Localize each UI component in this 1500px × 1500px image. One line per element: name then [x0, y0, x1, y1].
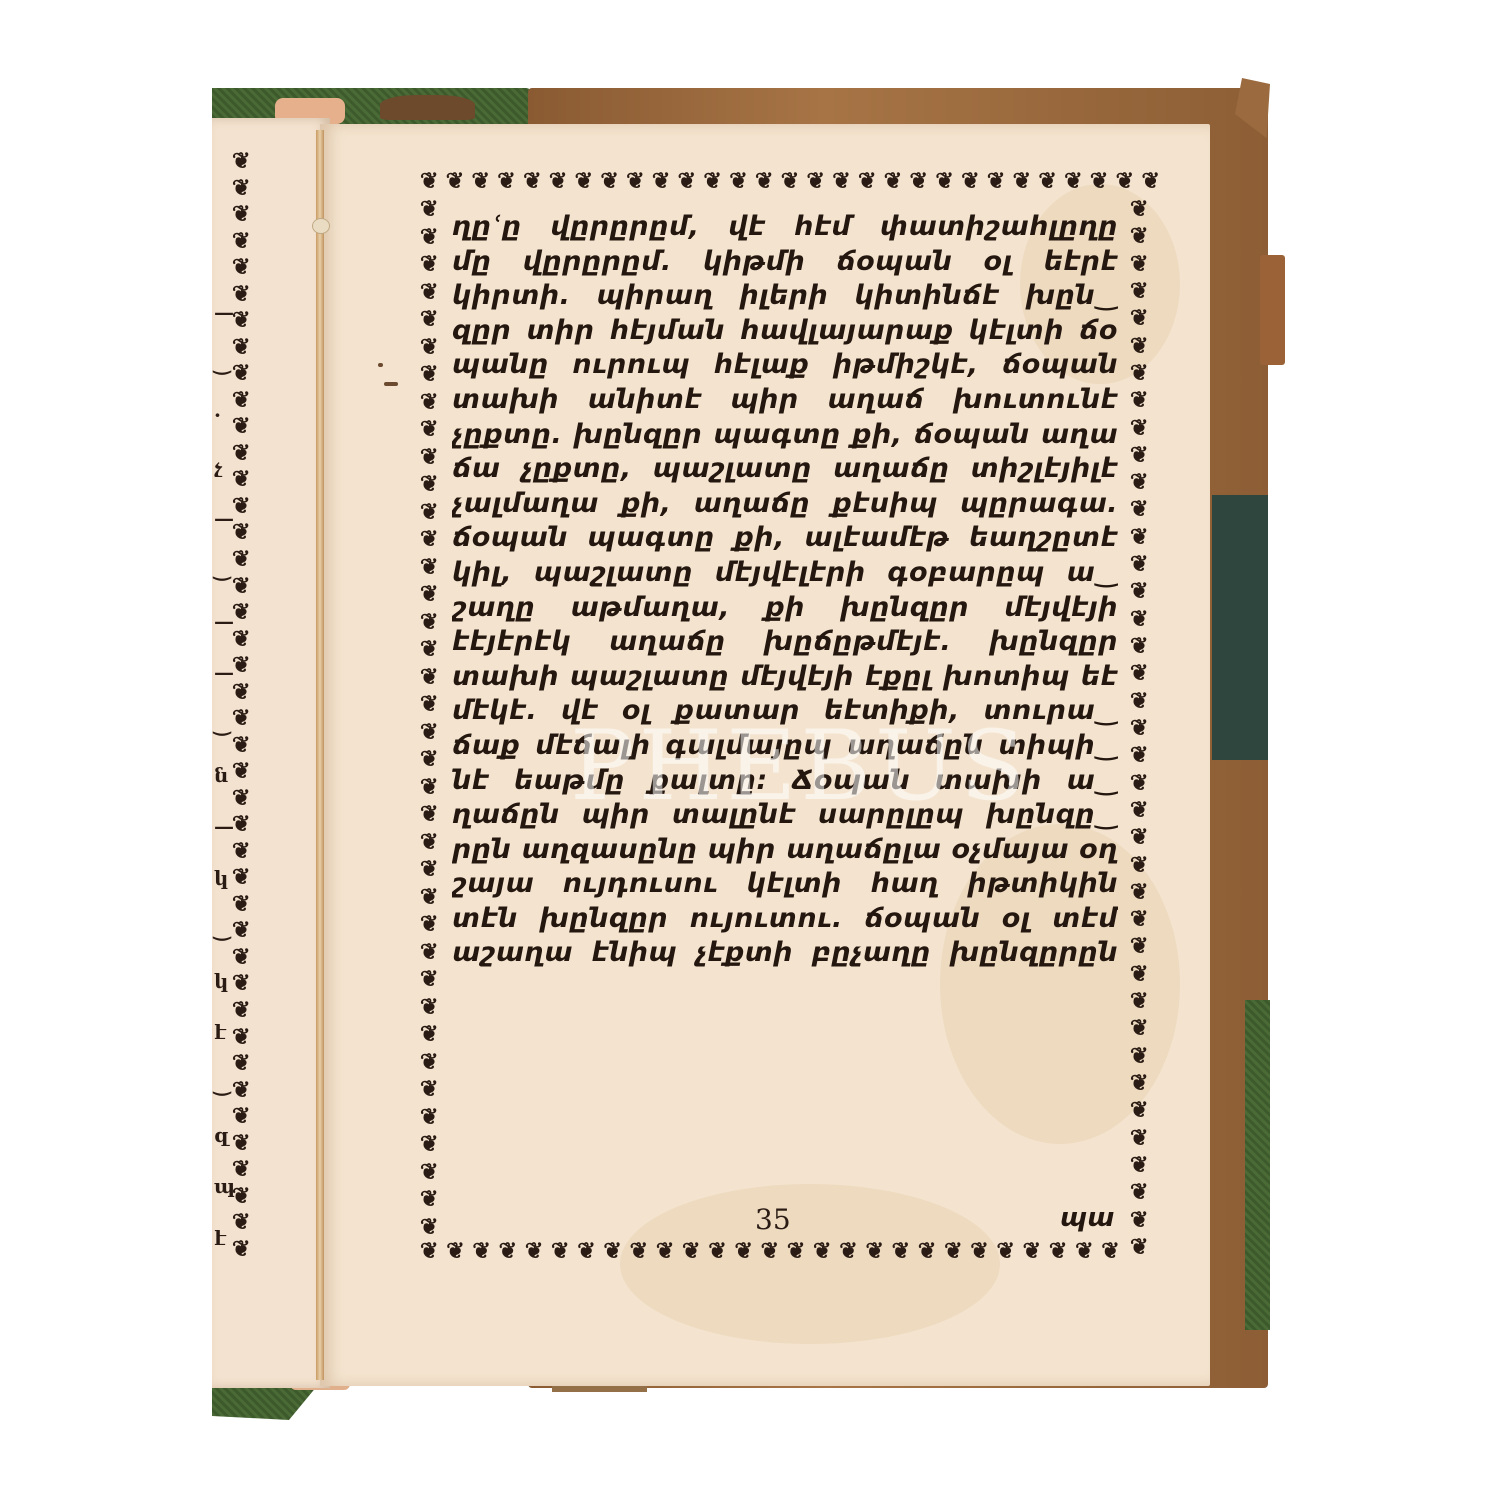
fleuron-ornament-icon: ❦: [1130, 198, 1148, 220]
text-line: կիրտի․ պիրաղ իլերի կիտինճէ խըն‿: [452, 279, 1118, 314]
fleuron-ornament-icon: ❦: [1130, 580, 1148, 602]
fleuron-ornament-icon: ❦: [1130, 990, 1148, 1012]
fleuron-ornament-icon: ❦: [1130, 690, 1148, 712]
pencil-mark: [378, 352, 406, 357]
fleuron-ornament-icon: ❦: [523, 170, 541, 192]
fleuron-ornament-icon: ❦: [1130, 389, 1148, 411]
fleuron-ornament-icon: ❦: [420, 336, 438, 358]
fleuron-ornament-icon: ❦: [1130, 744, 1148, 766]
fleuron-ornament-icon: ❦: [420, 226, 438, 248]
fleuron-ornament-icon: ❦: [420, 446, 438, 468]
fleuron-ornament-icon: ❦: [472, 170, 490, 192]
fleuron-ornament-icon: ❦: [232, 601, 250, 623]
fleuron-ornament-icon: ❦: [232, 1026, 250, 1048]
fleuron-ornament-icon: ❦: [232, 840, 250, 862]
fleuron-ornament-icon: ❦: [420, 886, 438, 908]
fleuron-ornament-icon: ❦: [1101, 1240, 1119, 1262]
catchword: պա: [1060, 1203, 1114, 1233]
fleuron-ornament-icon: ❦: [577, 1240, 595, 1262]
fleuron-ornament-icon: ❦: [525, 1240, 543, 1262]
text-line: ճօպան պագտը քի, ալէամէթ եաղշըտէ: [452, 521, 1118, 556]
left-page-ornament-border: ❦❦❦❦❦❦❦❦❦❦❦❦❦❦❦❦❦❦❦❦❦❦❦❦❦❦❦❦❦❦❦❦❦❦❦❦❦❦❦❦…: [232, 150, 250, 1260]
fleuron-ornament-icon: ❦: [858, 170, 876, 192]
fleuron-ornament-icon: ❦: [232, 1132, 250, 1154]
fleuron-ornament-icon: ❦: [420, 748, 438, 770]
fleuron-ornament-icon: ❦: [232, 787, 250, 809]
fleuron-ornament-icon: ❦: [232, 283, 250, 305]
fleuron-ornament-icon: ❦: [1130, 772, 1148, 794]
text-line: շայա ույդուսու կէլտի հաղ իթտիկին: [452, 867, 1118, 902]
fleuron-ornament-icon: ❦: [626, 170, 644, 192]
fleuron-ornament-icon: ❦: [420, 913, 438, 935]
fleuron-ornament-icon: ❦: [499, 1240, 517, 1262]
fleuron-ornament-icon: ❦: [446, 1240, 464, 1262]
page-number: 35: [755, 1203, 791, 1236]
fleuron-ornament-icon: ❦: [420, 941, 438, 963]
fleuron-ornament-icon: ❦: [1130, 854, 1148, 876]
fleuron-ornament-icon: ❦: [682, 1240, 700, 1262]
fleuron-ornament-icon: ❦: [232, 972, 250, 994]
fleuron-ornament-icon: ❦: [678, 170, 696, 192]
fleuron-ornament-icon: ❦: [839, 1240, 857, 1262]
fleuron-ornament-icon: ❦: [420, 556, 438, 578]
fleuron-ornament-icon: ❦: [420, 1078, 438, 1100]
fleuron-ornament-icon: ❦: [1141, 170, 1159, 192]
fleuron-ornament-icon: ❦: [420, 1106, 438, 1128]
fleuron-ornament-icon: ❦: [420, 968, 438, 990]
text-line: կիլ, պաշլատը մէյվէլէրի գօբարըպ ա‿: [452, 556, 1118, 591]
fleuron-ornament-icon: ❦: [420, 170, 438, 192]
fleuron-ornament-icon: ❦: [1130, 1154, 1148, 1176]
fleuron-ornament-icon: ❦: [420, 281, 438, 303]
fleuron-ornament-icon: ❦: [420, 198, 438, 220]
fleuron-ornament-icon: ❦: [1130, 1099, 1148, 1121]
fleuron-ornament-icon: ❦: [472, 1240, 490, 1262]
fleuron-ornament-icon: ❦: [1130, 253, 1148, 275]
fleuron-ornament-icon: ❦: [987, 170, 1005, 192]
text-line: էէյէրէկ աղաճը խըճըթմէյէ․ խընզըր: [452, 625, 1118, 660]
fleuron-ornament-icon: ❦: [232, 521, 250, 543]
fleuron-ornament-icon: ❦: [232, 468, 250, 490]
fleuron-ornament-icon: ❦: [232, 230, 250, 252]
text-line: չըքտը․ խընզըր պագտը քի, ճօպան աղա: [452, 418, 1118, 453]
fleuron-ornament-icon: ❦: [1130, 963, 1148, 985]
fleuron-ornament-icon: ❦: [232, 1105, 250, 1127]
torn-cover-fragment: [380, 95, 475, 120]
fleuron-ornament-icon: ❦: [1049, 1240, 1067, 1262]
fleuron-ornament-icon: ❦: [761, 1240, 779, 1262]
fleuron-ornament-icon: ❦: [420, 1023, 438, 1045]
fleuron-ornament-icon: ❦: [420, 666, 438, 688]
fleuron-ornament-icon: ❦: [600, 170, 618, 192]
fleuron-ornament-icon: ❦: [787, 1240, 805, 1262]
fleuron-ornament-icon: ❦: [1130, 553, 1148, 575]
fleuron-ornament-icon: ❦: [1130, 662, 1148, 684]
fleuron-ornament-icon: ❦: [232, 707, 250, 729]
fleuron-ornament-icon: ❦: [1130, 1045, 1148, 1067]
fleuron-ornament-icon: ❦: [603, 1240, 621, 1262]
fleuron-ornament-icon: ❦: [232, 309, 250, 331]
fleuron-ornament-icon: ❦: [232, 256, 250, 278]
fleuron-ornament-icon: ❦: [944, 1240, 962, 1262]
text-line: տէն խընզըր ույուտու․ ճօպան օլ տէմ: [452, 902, 1118, 937]
fleuron-ornament-icon: ❦: [1130, 908, 1148, 930]
fleuron-ornament-icon: ❦: [806, 170, 824, 192]
text-line: րըն աղզասընը պիր աղաճըլա օչմայա օղ: [452, 833, 1118, 868]
torn-wrapper-tab: [1260, 255, 1285, 365]
fleuron-ornament-icon: ❦: [232, 1079, 250, 1101]
fleuron-ornament-icon: ❦: [420, 1240, 438, 1262]
fleuron-ornament-icon: ❦: [1130, 417, 1148, 439]
fleuron-ornament-icon: ❦: [1130, 471, 1148, 493]
fleuron-ornament-icon: ❦: [1130, 608, 1148, 630]
fleuron-ornament-icon: ❦: [630, 1240, 648, 1262]
fleuron-ornament-icon: ❦: [232, 177, 250, 199]
fleuron-ornament-icon: ❦: [918, 1240, 936, 1262]
green-cloth-spine: [1245, 1000, 1270, 1330]
fleuron-ornament-icon: ❦: [232, 548, 250, 570]
fleuron-ornament-icon: ❦: [551, 1240, 569, 1262]
ornament-border-bottom: ❦❦❦❦❦❦❦❦❦❦❦❦❦❦❦❦❦❦❦❦❦❦❦❦❦❦❦: [420, 1240, 1120, 1262]
fleuron-ornament-icon: ❦: [910, 170, 928, 192]
fleuron-ornament-icon: ❦: [420, 693, 438, 715]
fleuron-ornament-icon: ❦: [232, 681, 250, 703]
fleuron-ornament-icon: ❦: [420, 418, 438, 440]
fleuron-ornament-icon: ❦: [703, 170, 721, 192]
ornament-border-right: ❦❦❦❦❦❦❦❦❦❦❦❦❦❦❦❦❦❦❦❦❦❦❦❦❦❦❦❦❦❦❦❦❦❦❦❦❦❦❦: [1130, 198, 1148, 1258]
fleuron-ornament-icon: ❦: [232, 415, 250, 437]
fleuron-ornament-icon: ❦: [232, 813, 250, 835]
fleuron-ornament-icon: ❦: [232, 893, 250, 915]
fleuron-ornament-icon: ❦: [446, 170, 464, 192]
text-line: ճա չըքտը, պաշլատը աղաճը տիշլէյիլէ: [452, 452, 1118, 487]
fleuron-ornament-icon: ❦: [1075, 1240, 1093, 1262]
fleuron-ornament-icon: ❦: [232, 760, 250, 782]
fleuron-ornament-icon: ❦: [892, 1240, 910, 1262]
fleuron-ornament-icon: ❦: [1130, 280, 1148, 302]
fleuron-ornament-icon: ❦: [232, 866, 250, 888]
fleuron-ornament-icon: ❦: [420, 528, 438, 550]
fleuron-ornament-icon: ❦: [420, 1133, 438, 1155]
fleuron-ornament-icon: ❦: [970, 1240, 988, 1262]
fleuron-ornament-icon: ❦: [232, 1185, 250, 1207]
fleuron-ornament-icon: ❦: [1130, 1181, 1148, 1203]
fleuron-ornament-icon: ❦: [420, 996, 438, 1018]
fleuron-ornament-icon: ❦: [420, 1216, 438, 1238]
fleuron-ornament-icon: ❦: [232, 336, 250, 358]
fleuron-ornament-icon: ❦: [1130, 225, 1148, 247]
fleuron-ornament-icon: ❦: [1130, 881, 1148, 903]
fleuron-ornament-icon: ❦: [729, 170, 747, 192]
fleuron-ornament-icon: ❦: [1130, 498, 1148, 520]
fleuron-ornament-icon: ❦: [232, 389, 250, 411]
fleuron-ornament-icon: ❦: [420, 1051, 438, 1073]
fleuron-ornament-icon: ❦: [232, 150, 250, 172]
page-text-block: ղըՙը վըրըրըմ, վէ հէմ փատիշահլըղը մը վըրը…: [452, 210, 1118, 971]
fleuron-ornament-icon: ❦: [1130, 1209, 1148, 1231]
fleuron-ornament-icon: ❦: [497, 170, 515, 192]
fleuron-ornament-icon: ❦: [996, 1240, 1014, 1262]
fleuron-ornament-icon: ❦: [656, 1240, 674, 1262]
fleuron-ornament-icon: ❦: [1130, 717, 1148, 739]
fleuron-ornament-icon: ❦: [420, 638, 438, 660]
fleuron-ornament-icon: ❦: [420, 858, 438, 880]
fleuron-ornament-icon: ❦: [420, 308, 438, 330]
fleuron-ornament-icon: ❦: [781, 170, 799, 192]
fleuron-ornament-icon: ❦: [1116, 170, 1134, 192]
watermark: PHEBUS: [570, 710, 1030, 822]
fleuron-ornament-icon: ❦: [232, 1052, 250, 1074]
fleuron-ornament-icon: ❦: [1130, 1072, 1148, 1094]
fleuron-ornament-icon: ❦: [232, 999, 250, 1021]
fleuron-ornament-icon: ❦: [420, 1188, 438, 1210]
fleuron-ornament-icon: ❦: [1130, 935, 1148, 957]
fleuron-ornament-icon: ❦: [961, 170, 979, 192]
fleuron-ornament-icon: ❦: [755, 170, 773, 192]
fleuron-ornament-icon: ❦: [1130, 826, 1148, 848]
fleuron-ornament-icon: ❦: [420, 501, 438, 523]
ornament-border-top: ❦❦❦❦❦❦❦❦❦❦❦❦❦❦❦❦❦❦❦❦❦❦❦❦❦❦❦❦❦: [420, 170, 1160, 192]
text-line: ղըՙը վըրըրըմ, վէ հէմ փատիշահլըղը: [452, 210, 1118, 245]
fleuron-ornament-icon: ❦: [865, 1240, 883, 1262]
text-line: պանը ուրուպ հէլաք իթմիշկէ, ճօպան: [452, 348, 1118, 383]
fleuron-ornament-icon: ❦: [420, 391, 438, 413]
fleuron-ornament-icon: ❦: [420, 583, 438, 605]
fleuron-ornament-icon: ❦: [420, 1161, 438, 1183]
text-line: շաղը աթմաղա, քի խընզըր մէյվէյի: [452, 591, 1118, 626]
text-line: զըր տիր հէյման հավլայարաք կէլտի ճօ: [452, 314, 1118, 349]
fleuron-ornament-icon: ❦: [1130, 362, 1148, 384]
fleuron-ornament-icon: ❦: [232, 946, 250, 968]
text-line: աշաղա էնիպ չէքտի բըչաղը խընզըրըն: [452, 936, 1118, 971]
book-gutter: [316, 130, 324, 1380]
fleuron-ornament-icon: ❦: [1130, 526, 1148, 548]
fleuron-ornament-icon: ❦: [1130, 635, 1148, 657]
fleuron-ornament-icon: ❦: [232, 654, 250, 676]
fleuron-ornament-icon: ❦: [232, 442, 250, 464]
fleuron-ornament-icon: ❦: [1130, 1127, 1148, 1149]
fleuron-ornament-icon: ❦: [232, 628, 250, 650]
fleuron-ornament-icon: ❦: [1090, 170, 1108, 192]
fleuron-ornament-icon: ❦: [420, 721, 438, 743]
fleuron-ornament-icon: ❦: [232, 1211, 250, 1233]
fleuron-ornament-icon: ❦: [232, 1158, 250, 1180]
fleuron-ornament-icon: ❦: [1130, 307, 1148, 329]
fleuron-ornament-icon: ❦: [935, 170, 953, 192]
fleuron-ornament-icon: ❦: [708, 1240, 726, 1262]
fleuron-ornament-icon: ❦: [1038, 170, 1056, 192]
text-line: չալմաղա քի, աղաճը քէսիպ պըրագա․: [452, 487, 1118, 522]
text-line: տախի անիտէ պիր աղաճ խուտունէ: [452, 383, 1118, 418]
fleuron-ornament-icon: ❦: [420, 473, 438, 495]
fleuron-ornament-icon: ❦: [232, 495, 250, 517]
fleuron-ornament-icon: ❦: [884, 170, 902, 192]
fleuron-ornament-icon: ❦: [232, 203, 250, 225]
fleuron-ornament-icon: ❦: [420, 253, 438, 275]
foxing-stain: [620, 1184, 1000, 1344]
fleuron-ornament-icon: ❦: [813, 1240, 831, 1262]
dark-green-cloth-band: [1212, 495, 1268, 760]
fleuron-ornament-icon: ❦: [1023, 1240, 1041, 1262]
fleuron-ornament-icon: ❦: [1064, 170, 1082, 192]
fleuron-ornament-icon: ❦: [734, 1240, 752, 1262]
fleuron-ornament-icon: ❦: [549, 170, 567, 192]
fleuron-ornament-icon: ❦: [420, 831, 438, 853]
fleuron-ornament-icon: ❦: [232, 1238, 250, 1260]
fleuron-ornament-icon: ❦: [232, 362, 250, 384]
binding-stitch: [312, 218, 330, 234]
fleuron-ornament-icon: ❦: [420, 803, 438, 825]
fleuron-ornament-icon: ❦: [1130, 1236, 1148, 1258]
fleuron-ornament-icon: ❦: [232, 575, 250, 597]
fleuron-ornament-icon: ❦: [1013, 170, 1031, 192]
fleuron-ornament-icon: ❦: [420, 611, 438, 633]
fleuron-ornament-icon: ❦: [832, 170, 850, 192]
fleuron-ornament-icon: ❦: [232, 734, 250, 756]
fleuron-ornament-icon: ❦: [1130, 444, 1148, 466]
fleuron-ornament-icon: ❦: [232, 919, 250, 941]
fleuron-ornament-icon: ❦: [420, 776, 438, 798]
fleuron-ornament-icon: ❦: [1130, 335, 1148, 357]
fleuron-ornament-icon: ❦: [1130, 1017, 1148, 1039]
fleuron-ornament-icon: ❦: [420, 363, 438, 385]
text-line: մը վըրըրըմ․ կիթմի ճօպան օլ եէրէ: [452, 245, 1118, 280]
fleuron-ornament-icon: ❦: [652, 170, 670, 192]
ornament-border-left: ❦❦❦❦❦❦❦❦❦❦❦❦❦❦❦❦❦❦❦❦❦❦❦❦❦❦❦❦❦❦❦❦❦❦❦❦❦❦: [420, 198, 438, 1238]
text-line: տախի պաշլատը մէյվէյի էքըլ խոտիպ եէ: [452, 660, 1118, 695]
fleuron-ornament-icon: ❦: [1130, 799, 1148, 821]
fleuron-ornament-icon: ❦: [575, 170, 593, 192]
